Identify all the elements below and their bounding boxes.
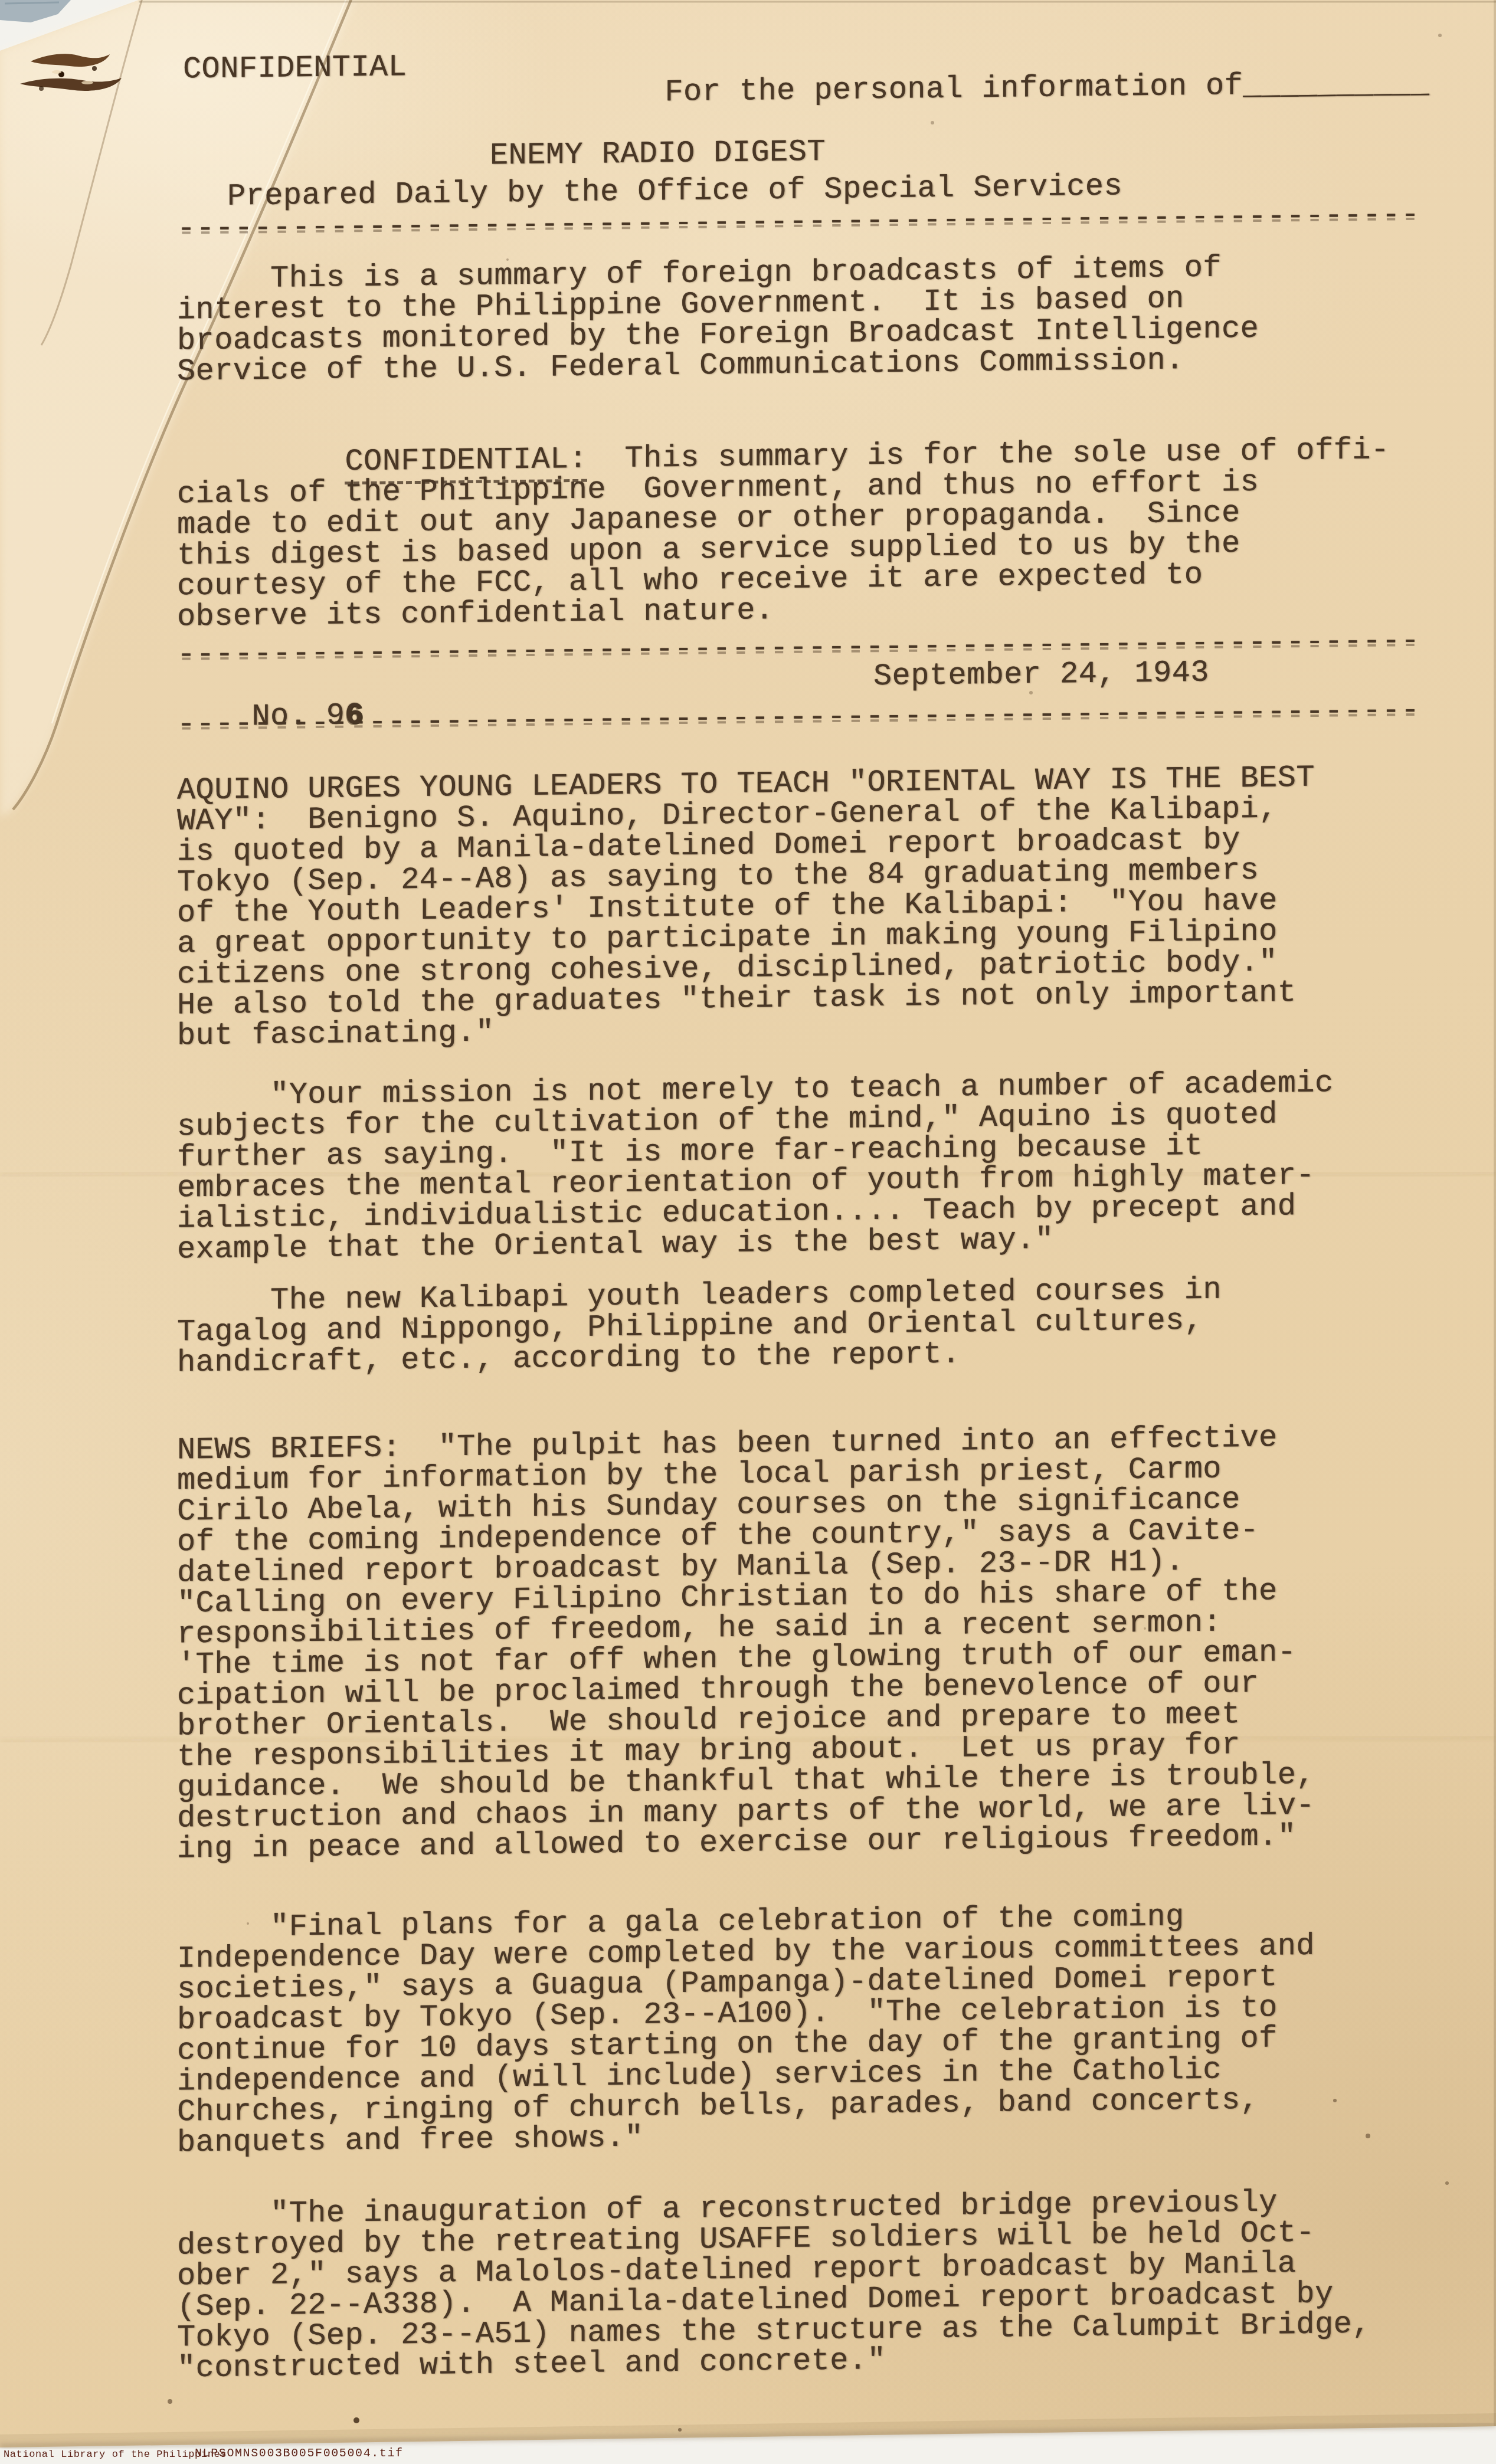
personal-info-label: For the personal information of — [664, 68, 1243, 110]
paragraph-confidential-notice: CONFIDENTIAL: This summary is for the so… — [177, 404, 1389, 663]
typed-content: CONFIDENTIAL For the personal informatio… — [0, 0, 1496, 2464]
article-news-briefs: NEWS BRIEFS: "The pulpit has been turned… — [177, 1423, 1315, 1865]
footer-filename: NLPSOMNS003B005F005004.tif — [195, 2447, 404, 2460]
article-aquino: AQUINO URGES YOUNG LEADERS TO TEACH "ORI… — [177, 763, 1315, 1052]
article-bridge-inauguration: "The inauguration of a reconstructed bri… — [177, 2187, 1371, 2384]
personal-info-blank: __________ — [1243, 67, 1429, 104]
article-mission: "Your mission is not merely to teach a n… — [177, 1068, 1334, 1265]
footer-library-credit: National Library of the Philippines — [4, 2449, 227, 2462]
article-independence-plans: "Final plans for a gala celebration of t… — [177, 1901, 1315, 2159]
personal-info-line: For the personal information of_________… — [590, 38, 1429, 140]
paragraph-intro: This is a summary of foreign broadcasts … — [177, 253, 1259, 388]
digest-title: ENEMY RADIO DIGEST — [490, 137, 826, 171]
classification-label: CONFIDENTIAL — [183, 52, 407, 85]
issue-date: September 24, 1943 — [873, 658, 1209, 692]
article-kalibapi-courses: The new Kalibapi youth leaders completed… — [177, 1275, 1222, 1379]
scanned-document-page: { "page": { "background_color": "#f3f2ed… — [0, 0, 1496, 2464]
